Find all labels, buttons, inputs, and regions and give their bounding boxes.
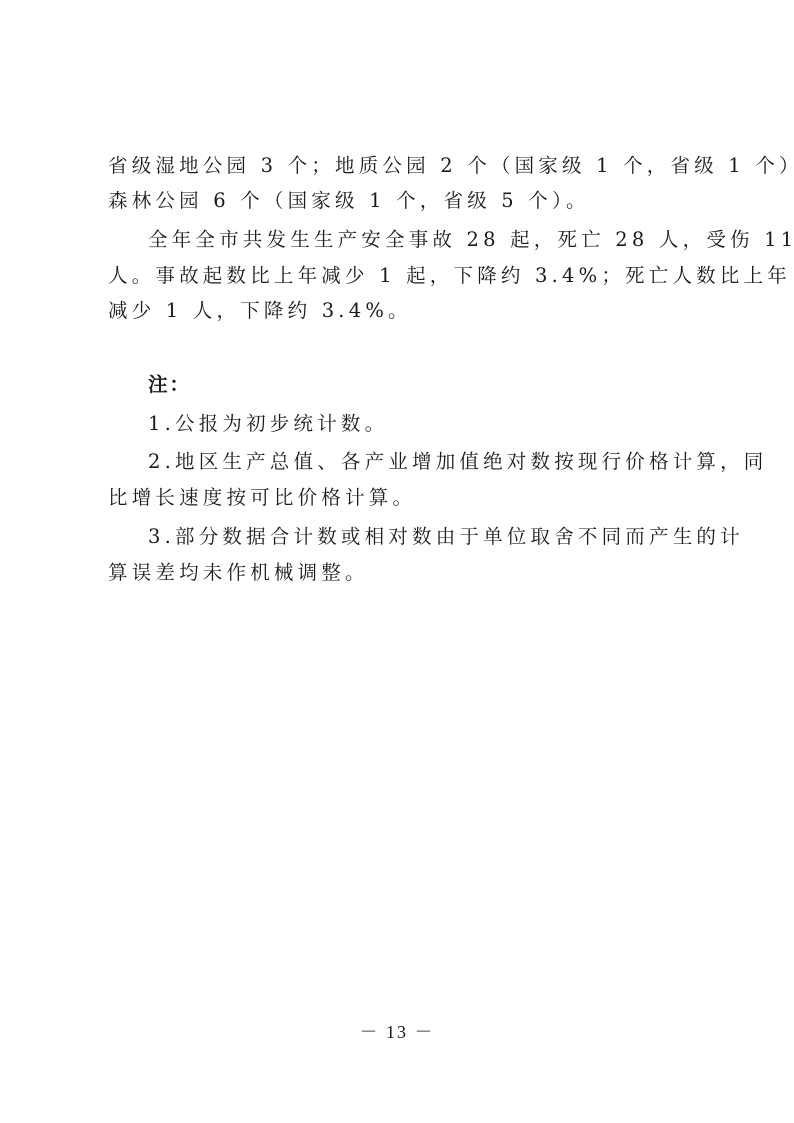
page-number: － 13 － (0, 1018, 794, 1044)
note-item-3-line-1: 3.部分数据合计数或相对数由于单位取舍不同而产生的计 (148, 525, 738, 549)
parks-line-1: 省级湿地公园 3 个；地质公园 2 个（国家级 1 个，省级 1 个）； (108, 154, 698, 178)
note-item-3-line-2: 算误差均未作机械调整。 (108, 561, 698, 585)
note-item-1: 1.公报为初步统计数。 (148, 412, 738, 436)
note-item-2-line-1: 2.地区生产总值、各产业增加值绝对数按现行价格计算，同 (148, 450, 738, 474)
safety-line-3: 减少 1 人，下降约 3.4%。 (108, 299, 698, 323)
notes-title: 注： (148, 373, 738, 397)
parks-line-2: 森林公园 6 个（国家级 1 个，省级 5 个）。 (108, 189, 698, 213)
safety-line-2: 人。事故起数比上年减少 1 起，下降约 3.4%；死亡人数比上年 (108, 264, 698, 288)
note-item-2-line-2: 比增长速度按可比价格计算。 (108, 486, 698, 510)
safety-line-1: 全年全市共发生生产安全事故 28 起，死亡 28 人，受伤 11 (148, 228, 738, 252)
document-page: 省级湿地公园 3 个；地质公园 2 个（国家级 1 个，省级 1 个）； 森林公… (0, 0, 794, 1123)
